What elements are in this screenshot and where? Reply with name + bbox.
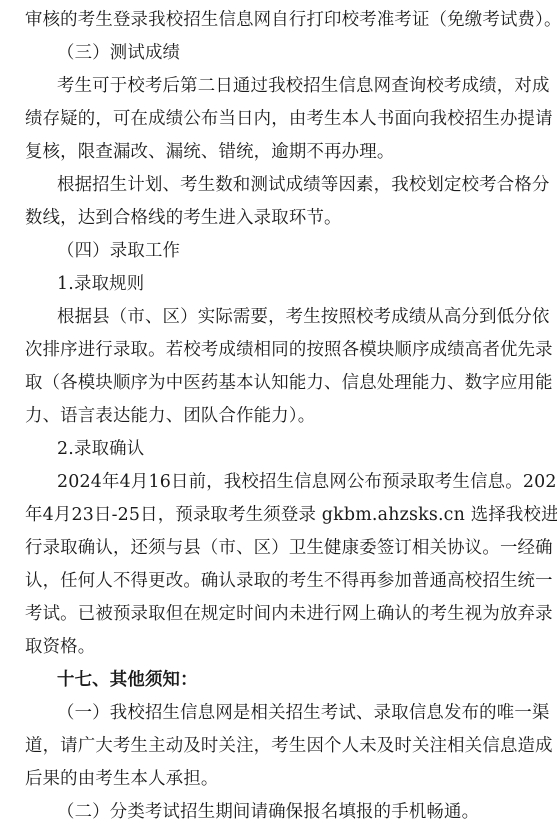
line-18: 考试。已被预录取但在规定时间内未进行网上确认的考生视为放弃录 — [25, 603, 525, 625]
line-9: 根据县（市、区）实际需要，考生按照校考成绩从高分到低分依 — [57, 306, 525, 328]
line-23: 后果的由考生本人承担。 — [25, 768, 525, 790]
line-16: 行录取确认，还须与县（市、区）卫生健康委签订相关协议。一经确 — [25, 537, 525, 559]
line-21: （一）我校招生信息网是相关招生考试、录取信息发布的唯一渠 — [57, 702, 525, 724]
subheading-admission-confirmation: 2.录取确认 — [57, 438, 525, 460]
line-14: 2024年4月16日前，我校招生信息网公布预录取考生信息。2024 — [57, 471, 525, 493]
line-24: （二）分类考试招生期间请确保报名填报的手机畅通。 — [57, 801, 525, 823]
line-0: 审核的考生登录我校招生信息网自行打印校考准考证（免缴考试费）。 — [25, 9, 525, 31]
line-12: 力、语言表达能力、团队合作能力）。 — [25, 405, 525, 427]
line-22: 道，请广大考生主动及时关注，考生因个人未及时关注相关信息造成 — [25, 735, 525, 757]
subheading-admission-rules: 1.录取规则 — [57, 273, 525, 295]
section-heading-admission-work: （四）录取工作 — [57, 240, 525, 262]
line-19: 取资格。 — [25, 636, 525, 658]
line-10: 次排序进行录取。若校考成绩相同的按照各模块顺序成绩高者优先录 — [25, 339, 525, 361]
section-heading-test-scores: （三）测试成绩 — [57, 42, 525, 64]
document-page: 审核的考生登录我校招生信息网自行打印校考准考证（免缴考试费）。 （三）测试成绩 … — [0, 0, 557, 836]
line-17: 认，任何人不得更改。确认录取的考生不得再参加普通高校招生统一 — [25, 570, 525, 592]
line-2: 考生可于校考后第二日通过我校招生信息网查询校考成绩，对成 — [57, 75, 525, 97]
line-6: 数线，达到合格线的考生进入录取环节。 — [25, 207, 525, 229]
line-5: 根据招生计划、考生数和测试成绩等因素，我校划定校考合格分 — [57, 174, 525, 196]
line-15: 年4月23日-25日，预录取考生须登录 gkbm.ahzsks.cn 选择我校进 — [25, 504, 525, 526]
section-heading-other-notes: 十七、其他须知： — [57, 669, 525, 691]
line-4: 复核，限查漏改、漏统、错统，逾期不再办理。 — [25, 141, 525, 163]
line-11: 取（各模块顺序为中医药基本认知能力、信息处理能力、数字应用能 — [25, 372, 525, 394]
line-3: 绩存疑的，可在成绩公布当日内，由考生本人书面向我校招生办提请 — [25, 108, 525, 130]
